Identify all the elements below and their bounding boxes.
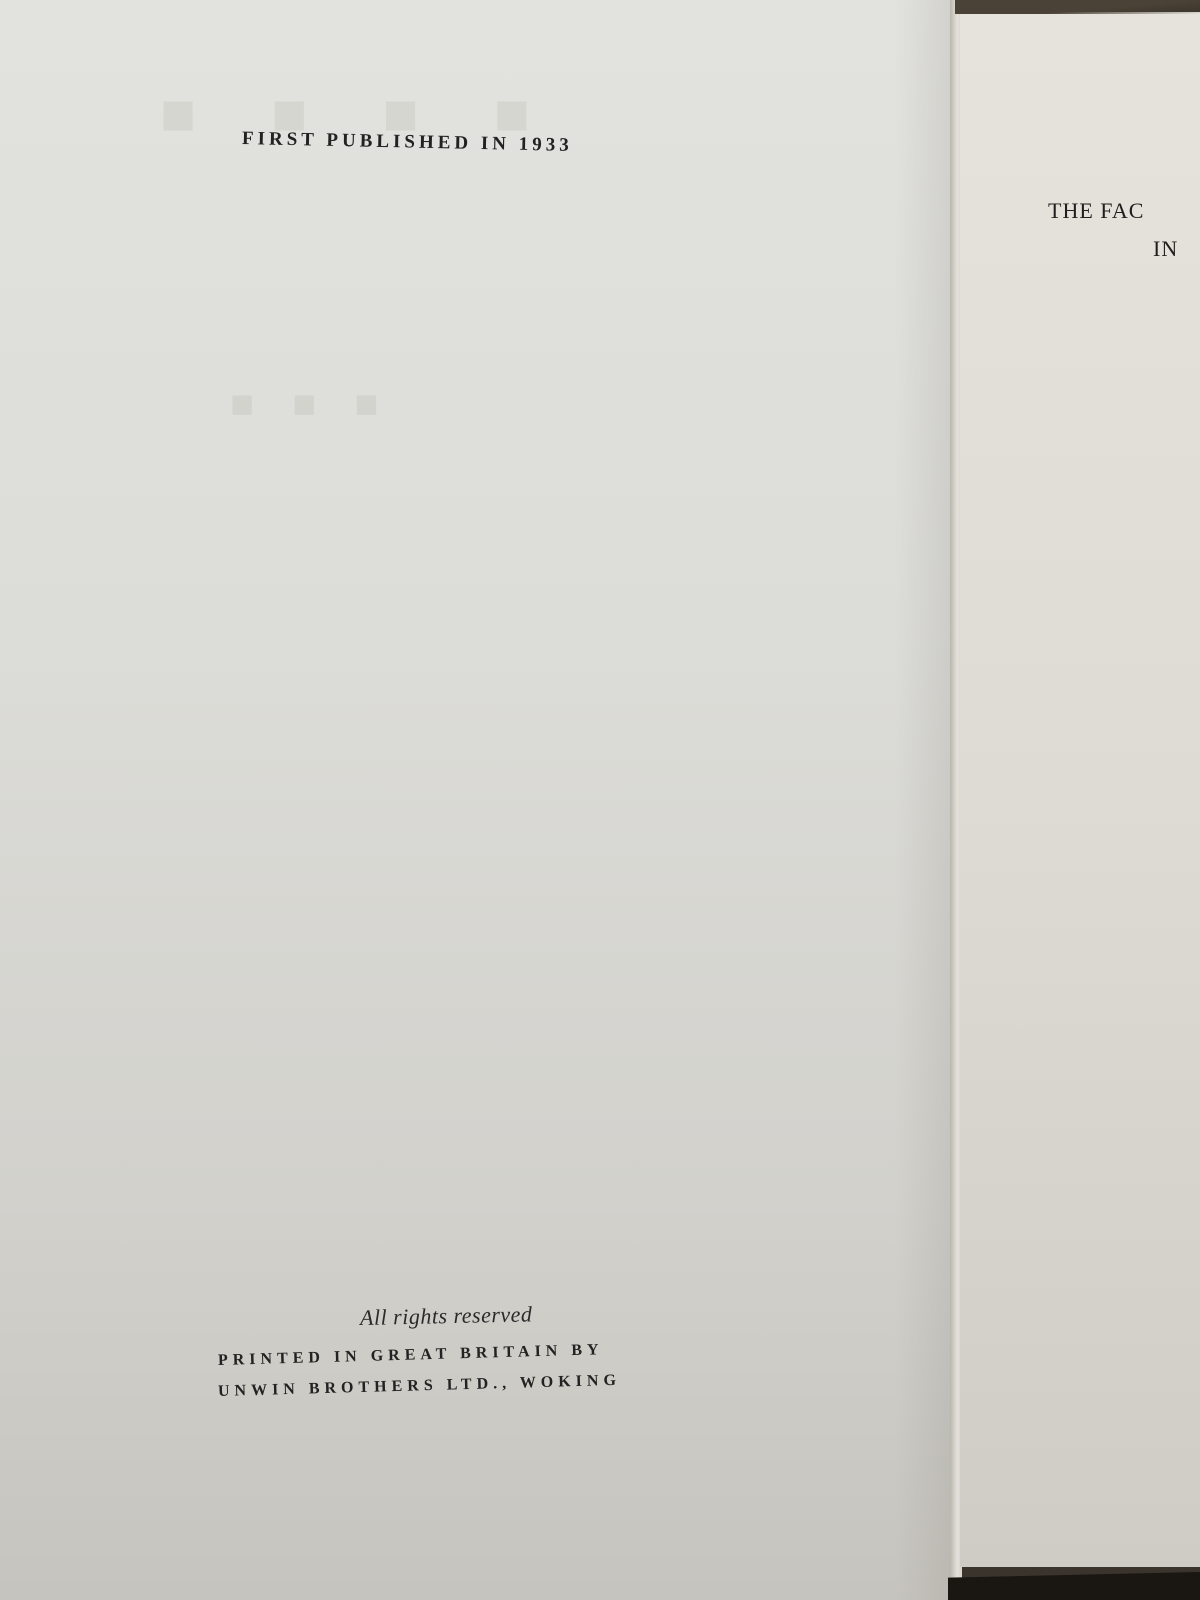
top-shadow — [955, 0, 1200, 14]
rights-reserved-line: All rights reserved — [360, 1301, 533, 1331]
right-page-title-line-1: THE FAC — [1048, 198, 1144, 224]
printer-line-1: PRINTED IN GREAT BRITAIN BY — [218, 1341, 604, 1370]
printer-line-2: UNWIN BROTHERS LTD., WOKING — [218, 1372, 621, 1401]
show-through-text: ■ ■ ■ — [230, 380, 392, 427]
bottom-shadow — [948, 1572, 1200, 1600]
left-page: ■ ■ ■ ■ ■ ■ ■ FIRST PUBLISHED IN 1933 Al… — [0, 0, 955, 1600]
right-page-title-line-2: IN — [1153, 236, 1178, 262]
